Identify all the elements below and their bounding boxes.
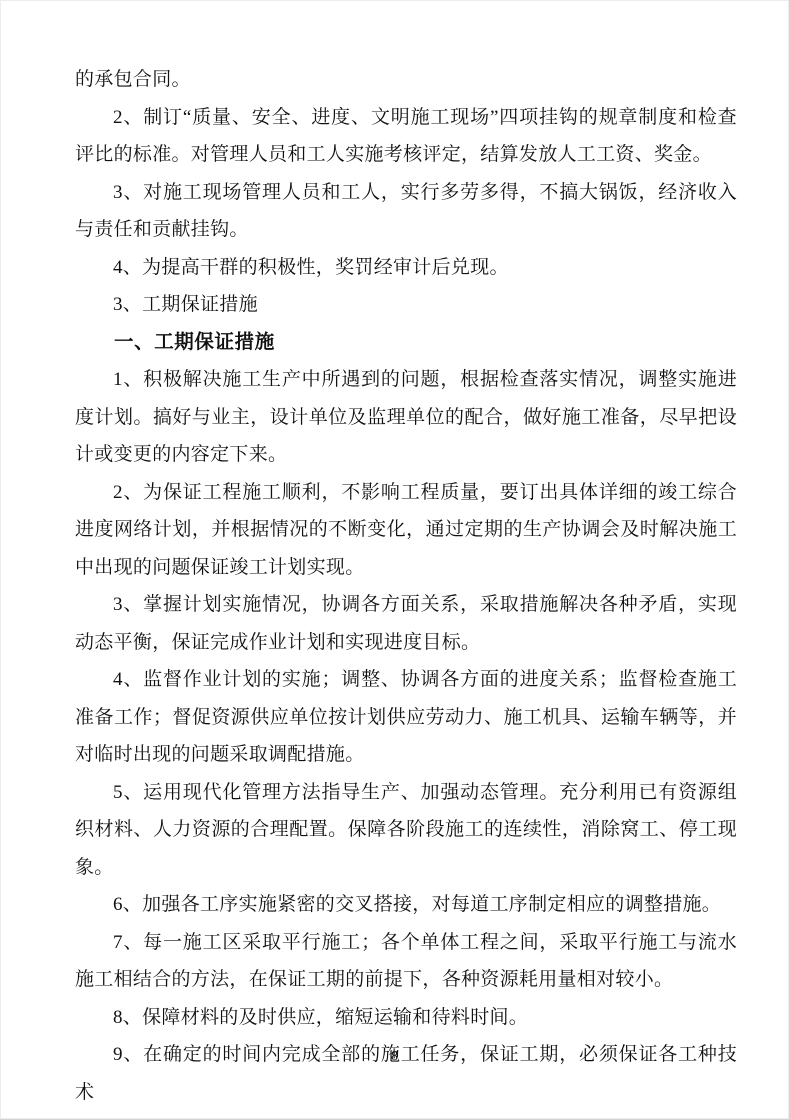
paragraph-measure-8: 8、保障材料的及时供应，缩短运输和待料时间。	[75, 999, 737, 1037]
section-heading: 一、工期保证措施	[75, 324, 737, 362]
paragraph-item-3: 3、对施工现场管理人员和工人，实行多劳多得，不搞大锅饭，经济收入与责任和贡献挂钩…	[75, 174, 737, 249]
paragraph-measure-3: 3、掌握计划实施情况，协调各方面关系，采取措施解决各种矛盾，实现动态平衡，保证完…	[75, 586, 737, 661]
paragraph-measure-2: 2、为保证工程施工顺利，不影响工程质量，要订出具体详细的竣工综合进度网络计划，并…	[75, 474, 737, 587]
paragraph-item-4: 4、为提高干群的积极性，奖罚经审计后兑现。	[75, 249, 737, 287]
paragraph-measure-6: 6、加强各工序实施紧密的交叉搭接，对每道工序制定相应的调整措施。	[75, 886, 737, 924]
paragraph-measure-5: 5、运用现代化管理方法指导生产、加强动态管理。充分利用已有资源组织材料、人力资源…	[75, 774, 737, 887]
paragraph-contract-tail: 的承包合同。	[75, 61, 737, 99]
paragraph-measure-1: 1、积极解决施工生产中所遇到的问题，根据检查落实情况，调整实施进度计划。搞好与业…	[75, 361, 737, 474]
paragraph-item-2: 2、制订“质量、安全、进度、文明施工现场”四项挂钩的规章制度和检查评比的标准。对…	[75, 99, 737, 174]
paragraph-measure-7: 7、每一施工区采取平行施工；各个单体工程之间，采取平行施工与流水施工相结合的方法…	[75, 924, 737, 999]
paragraph-measure-4: 4、监督作业计划的实施；调整、协调各方面的进度关系；监督检查施工准备工作；督促资…	[75, 661, 737, 774]
paragraph-section-label: 3、工期保证措施	[75, 286, 737, 324]
page-number: 8	[1, 1047, 788, 1067]
document-page: 的承包合同。 2、制订“质量、安全、进度、文明施工现场”四项挂钩的规章制度和检查…	[0, 0, 789, 1119]
document-content: 的承包合同。 2、制订“质量、安全、进度、文明施工现场”四项挂钩的规章制度和检查…	[75, 61, 737, 1111]
